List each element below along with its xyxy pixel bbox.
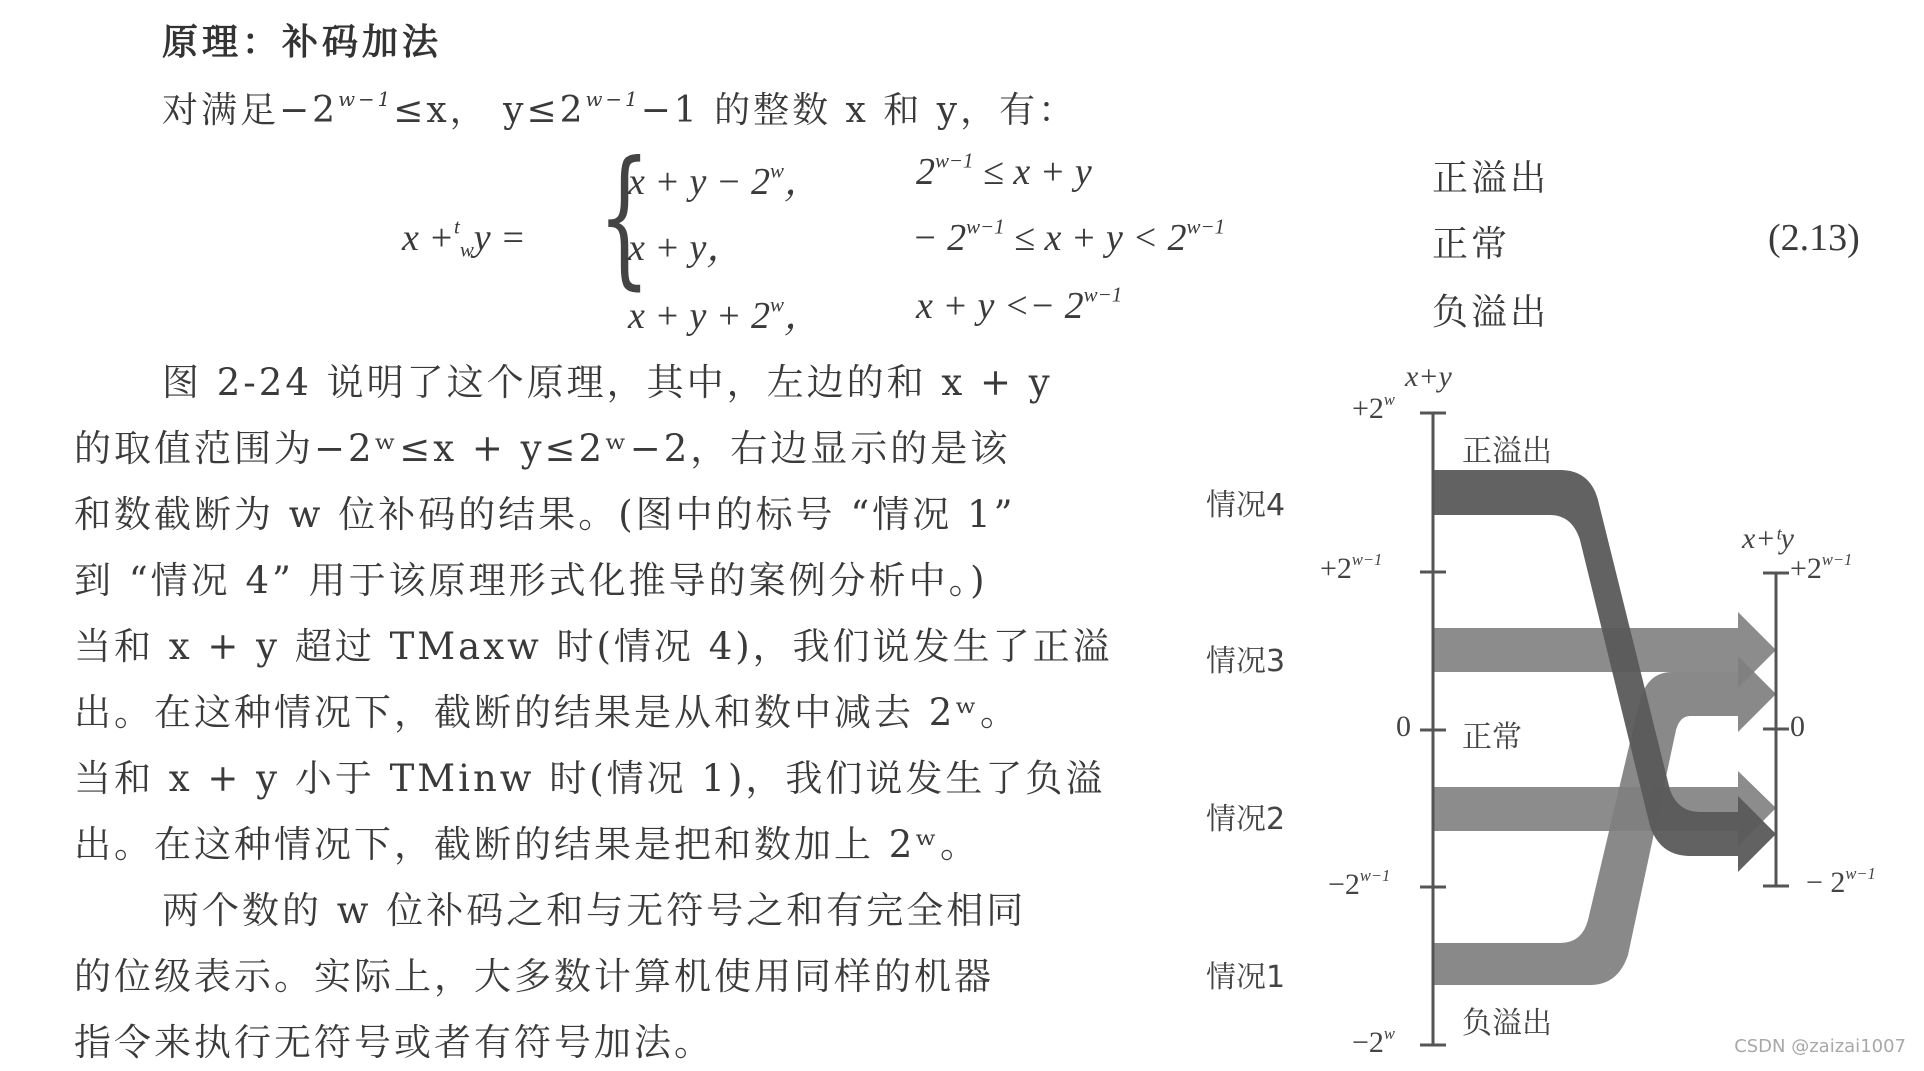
region-label-normal: 正常 [1462, 712, 1522, 756]
case-label-1: 情况1 [1206, 952, 1285, 996]
left-tick-label: +2w [1352, 392, 1395, 426]
right-tick-label: − 2w−1 [1806, 866, 1876, 900]
case-label-3: 情况3 [1206, 636, 1285, 680]
case-label-2: 情况2 [1206, 794, 1285, 838]
right-tick-label: +2w−1 [1790, 552, 1852, 586]
left-tick-label: +2w−1 [1320, 552, 1382, 586]
left-tick-label: −2w [1352, 1026, 1395, 1060]
right-tick-label: 0 [1790, 710, 1805, 744]
diagram-graphic [0, 0, 1924, 1071]
left-tick-label: −2w−1 [1328, 868, 1390, 902]
watermark: CSDN @zaizai1007 [1734, 1036, 1906, 1057]
case-label-4: 情况4 [1206, 480, 1285, 524]
right-axis-title: x+ᵗy [1742, 522, 1794, 556]
region-label-negative-overflow: 负溢出 [1462, 998, 1552, 1042]
region-label-positive-overflow: 正溢出 [1462, 426, 1552, 470]
left-tick-label: 0 [1396, 710, 1411, 744]
left-axis-title: x+y [1405, 360, 1452, 394]
